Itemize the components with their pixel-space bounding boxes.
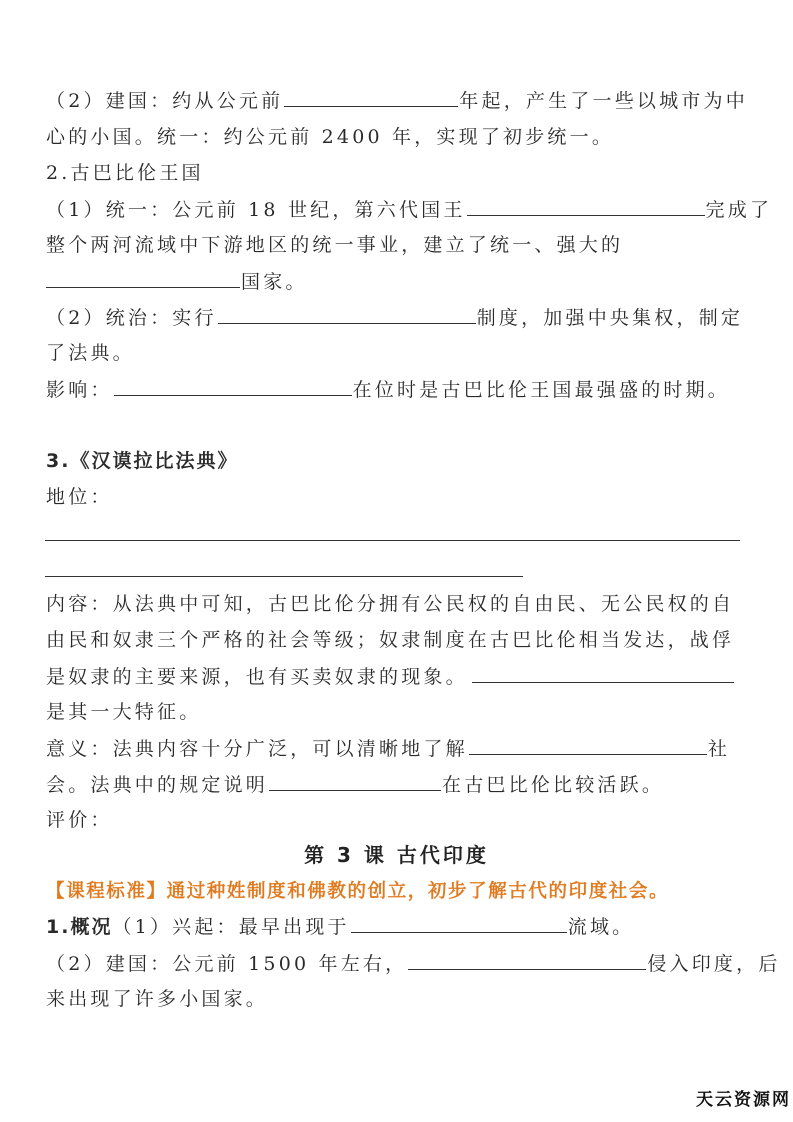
sumer-founding-line2: 心的小国。统一：约公元前 2400 年，实现了初步统一。 xyxy=(46,125,614,149)
code-evaluation-label: 评价： xyxy=(46,808,113,832)
babylon-unify-prefix: （1）统一：公元前 18 世纪，第六代国王 xyxy=(46,199,466,221)
blank-status-line-2[interactable] xyxy=(45,576,523,577)
code-significance-line2: 会。法典中的规定说明在古巴比伦比较活跃。 xyxy=(46,772,664,797)
blank-rule-system[interactable] xyxy=(218,305,476,324)
code-content-line1: 内容：从法典中可知，古巴比伦分拥有公民权的自由民、无公民权的自 xyxy=(46,592,734,616)
sumer-founding-prefix: （2）建国：约从公元前 xyxy=(46,90,283,112)
blank-invaders[interactable] xyxy=(408,951,646,970)
code-status-label: 地位： xyxy=(46,485,113,509)
babylon-unify-line: （1）统一：公元前 18 世纪，第六代国王完成了 xyxy=(46,197,772,222)
course-standard: 【课程标准】通过种姓制度和佛教的创立，初步了解古代的印度社会。 xyxy=(46,877,669,903)
blank-state-type[interactable] xyxy=(46,269,240,288)
lesson-title: 第 3 课 古代印度 xyxy=(0,839,793,868)
blank-status-line-1[interactable] xyxy=(45,540,740,541)
india-overview-label: 1.概况 xyxy=(46,916,112,938)
india-rise-text: （1）兴起：最早出现于 xyxy=(112,916,349,938)
code-significance-line2-suffix: 在古巴比伦比较活跃。 xyxy=(442,774,664,796)
blank-sumer-founding-year[interactable] xyxy=(284,88,458,107)
blank-sixth-king[interactable] xyxy=(467,197,705,216)
code-content-line3-text: 是奴隶的主要来源，也有买卖奴隶的现象。 xyxy=(46,666,468,688)
babylon-influence-suffix: 在位时是古巴比伦王国最强盛的时期。 xyxy=(353,379,730,401)
code-significance-suffix: 社 xyxy=(708,738,730,760)
babylon-rule-suffix: 制度，加强中央集权，制定 xyxy=(477,307,743,329)
blank-society-type[interactable] xyxy=(469,736,707,755)
babylon-influence-prefix: 影响： xyxy=(46,379,113,401)
code-content-line3: 是奴隶的主要来源，也有买卖奴隶的现象。 xyxy=(46,664,735,689)
babylon-unify-suffix: 完成了 xyxy=(706,199,773,221)
blank-active-activity[interactable] xyxy=(269,772,441,791)
code-content-line4: 是其一大特征。 xyxy=(46,700,201,724)
india-founding-line: （2）建国：公元前 1500 年左右，侵入印度，后 xyxy=(46,951,781,976)
babylon-rule-line2: 了法典。 xyxy=(46,341,135,365)
code-significance-line2-prefix: 会。法典中的规定说明 xyxy=(46,774,268,796)
sumer-founding-line: （2）建国：约从公元前年起，产生了一些以城市为中 xyxy=(46,88,748,113)
code-content-line2: 由民和奴隶三个严格的社会等级；奴隶制度在古巴比伦相当发达，战俘 xyxy=(46,628,734,652)
blank-code-feature[interactable] xyxy=(472,664,734,683)
sumer-founding-suffix: 年起，产生了一些以城市为中 xyxy=(459,90,748,112)
code-significance-line: 意义：法典内容十分广泛，可以清晰地了解社 xyxy=(46,736,730,761)
babylon-rule-prefix: （2）统治：实行 xyxy=(46,307,217,329)
babylon-influence-line: 影响：在位时是古巴比伦王国最强盛的时期。 xyxy=(46,377,730,402)
india-founding-line2: 来出现了许多小国家。 xyxy=(46,987,268,1011)
code-heading: 3.《汉谟拉比法典》 xyxy=(46,449,238,473)
watermark-logo: 天云资源网 xyxy=(696,1085,791,1110)
india-rise-line: 1.概况（1）兴起：最早出现于流域。 xyxy=(46,914,634,939)
india-rise-suffix: 流域。 xyxy=(568,916,635,938)
babylon-unify-line3-suffix: 国家。 xyxy=(241,271,308,293)
babylon-unify-line3: 国家。 xyxy=(46,269,308,294)
code-significance-prefix: 意义：法典内容十分广泛，可以清晰地了解 xyxy=(46,738,468,760)
india-founding-suffix: 侵入印度，后 xyxy=(647,953,780,975)
india-founding-prefix: （2）建国：公元前 1500 年左右， xyxy=(46,953,407,975)
babylon-rule-line: （2）统治：实行制度，加强中央集权，制定 xyxy=(46,305,743,330)
babylon-heading: 2.古巴比伦王国 xyxy=(46,161,204,185)
babylon-unify-line2: 整个两河流域中下游地区的统一事业，建立了统一、强大的 xyxy=(46,233,623,257)
blank-influence-king[interactable] xyxy=(114,377,352,396)
blank-river-basin[interactable] xyxy=(351,914,567,933)
